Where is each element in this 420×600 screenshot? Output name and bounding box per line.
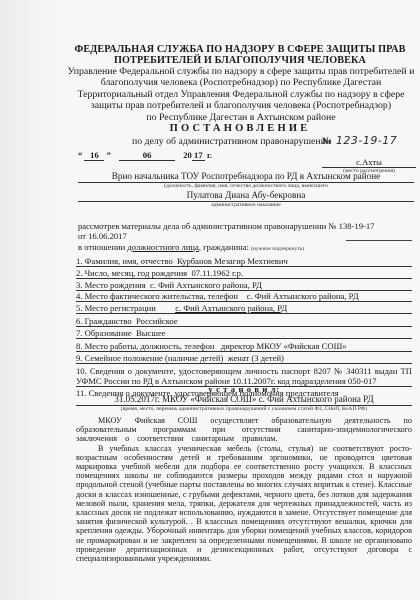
date-close-quote: ” [107,150,111,160]
field-value: Российское [136,316,178,326]
field-label: 2. Число, месяц, год рождения [76,268,187,278]
field-birth-place: 3. Место рождения с. Фий Ахтынского райо… [76,280,412,291]
field-marital-status: 9. Семейное положение (наличие детей) же… [76,353,412,364]
field-workplace: 8. Место работы, должность, телефон дире… [76,341,412,352]
department-block: Управление Федеральной службы по надзору… [62,66,420,123]
field-value: 07.11.1962 г.р. [191,268,243,278]
field-value: директор МКОУ «Фийская СОШ» [221,341,347,351]
territorial-line-3: по Республике Дагестан в Ахтынском район… [62,112,420,123]
field-label: 8. Место работы, должность, телефон [76,341,214,351]
established-caption: (время, место, перечень административных… [76,406,412,413]
paragraph-2: В учебных классах ученическая мебель (ст… [76,444,412,564]
official-caption-2: административное наказание [78,202,414,209]
field-registration: 5. Место регистрации с. Фий Ахтынского р… [76,303,412,314]
field-label: 3. Место рождения [76,280,146,290]
date-month: 06 [119,150,175,161]
field-residence: 4. Место фактического жительства, телефо… [76,291,412,302]
territorial-line-1: Территориальный отдел Управления Федерал… [62,89,420,100]
field-label: 10. Сведения о документе, удостоверяющем… [76,366,278,376]
field-label: 9. Семейное положение (наличие детей) [76,353,223,363]
territorial-line-2: защиты прав потребителей и благополучия … [62,100,420,111]
agency-title: ФЕДЕРАЛЬНАЯ СЛУЖБА ПО НАДЗОРУ В СФЕРЕ ЗА… [60,44,420,66]
established-block: у с т а н о в и л: 31.05.2017г. МКОУ «Фи… [76,384,412,413]
case-number-label: № [322,136,332,147]
date-row: “ 16 ” 06 2017 г. [78,150,212,161]
field-value: Высшее [136,328,166,338]
agency-title-line-2: ПОТРЕБИТЕЛЕЙ И БЛАГОПОЛУЧИЯ ЧЕЛОВЕКА [60,55,420,66]
official-position: Врио начальника ТОУ Роспотребнадзора по … [78,171,414,183]
department-line-2: благополучия человека (Роспотребнадзор) … [62,77,420,88]
case-number-value: 123-19-17 [336,134,397,147]
personal-fields: 1. Фамилия, имя, отчество Курбанов Мезаг… [76,256,412,398]
scan-margin-shadow [0,0,60,600]
field-value: женат (3 детей) [228,353,284,363]
regarding-prefix: в отношении [78,242,127,252]
place-value: с.Ахты [322,157,416,168]
date-year-prefix: 20 [183,150,192,160]
field-label: 5. Место регистрации [76,303,156,313]
field-birth-date: 2. Число, месяц, год рождения 07.11.1962… [76,268,412,279]
official-block: Врио начальника ТОУ Роспотребнадзора по … [78,171,414,209]
date-year-suffix: 17 [192,150,205,161]
field-label: 6. Гражданство [76,316,132,326]
date-day: 16 [84,150,104,161]
established-line: 31.05.2017г. МКОУ «Фийская СОШ» с. Фий А… [76,394,412,406]
field-value: с. Фий Ахтынского района, РД [247,291,359,301]
field-label: 4. Место фактического жительства, телефо… [76,291,238,301]
document-page: ФЕДЕРАЛЬНАЯ СЛУЖБА ПО НАДЗОРУ В СФЕРЕ ЗА… [0,0,420,600]
field-label: 7. Образование [76,328,132,338]
date-open-quote: “ [78,150,82,160]
official-caption-1: (должность, фамилия, имя, отчество должн… [78,183,414,190]
regarding-row: в отношении должностного лица, гражданин… [78,242,304,253]
established-heading: у с т а н о в и л: [76,384,412,394]
agency-title-line-1: ФЕДЕРАЛЬНАЯ СЛУЖБА ПО НАДЗОРУ В СФЕРЕ ЗА… [60,44,420,55]
field-value: Курбанов Мезагир Мехтиевич [177,256,288,266]
considered-text: рассмотрев материалы дела об администрат… [78,221,378,241]
regarding-underlined: должностного лица [127,242,198,252]
field-value: с. Фий Ахтынского района, РД [175,303,287,313]
violations-body: МКОУ Фийская СОШ осуществляет образовате… [76,416,412,563]
document-subtitle: по делу об административном правонарушен… [132,136,331,147]
field-full-name: 1. Фамилия, имя, отчество Курбанов Мезаг… [76,256,412,267]
field-education: 7. Образование Высшее [76,328,412,339]
case-number: № 123-19-17 [322,131,397,149]
field-value: с. Фий Ахтынского района, РД [150,280,262,290]
paragraph-1: МКОУ Фийская СОШ осуществляет образовате… [76,416,412,444]
regarding-suffix: , гражданина: [199,242,251,252]
field-citizenship: 6. Гражданство Российское [76,316,412,327]
date-year-unit: г. [207,150,212,160]
regarding-line [346,240,412,241]
department-line-1: Управление Федеральной службы по надзору… [62,66,420,77]
field-label: 1. Фамилия, имя, отчество [76,256,173,266]
official-name: Пулатова Диана Абу-бекровна [78,190,414,202]
regarding-hint: (нужное подчеркнуть) [251,246,304,252]
